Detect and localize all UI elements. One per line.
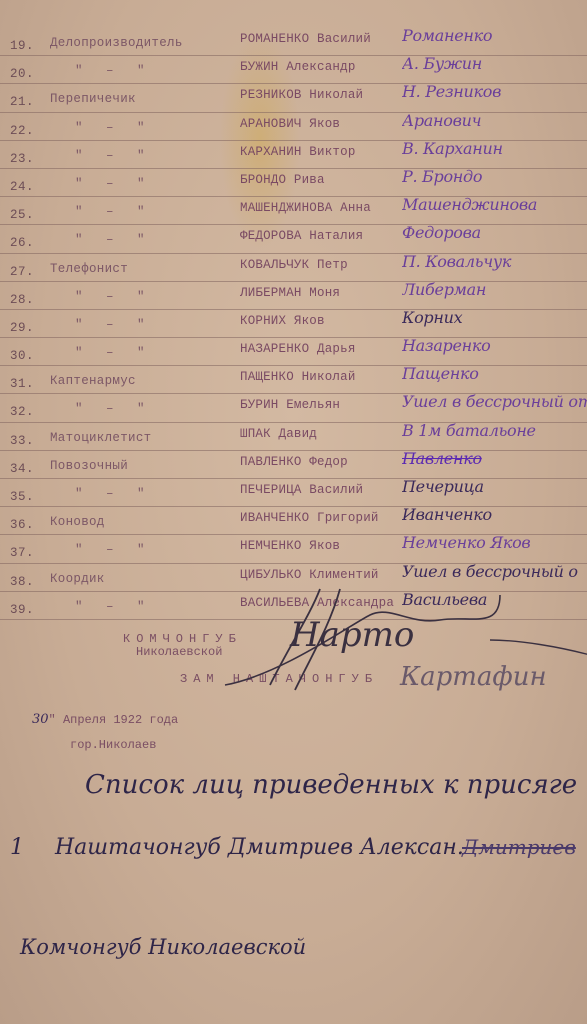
- table-row: 29." – "КОРНИХ ЯковКорних: [0, 310, 587, 338]
- row-signature: Немченко Яков: [402, 533, 587, 552]
- row-role: Матоциклетист: [50, 431, 220, 445]
- row-signature: Павленко: [402, 449, 587, 468]
- handwritten-item-signature: Дмитриев: [462, 835, 576, 859]
- table-row: 21.ПерепичечикРЕЗНИКОВ НиколайН. Резнико…: [0, 84, 587, 112]
- row-number: 37.: [10, 546, 46, 560]
- commander-signature: Нарто: [290, 615, 414, 655]
- row-role: " – ": [75, 121, 245, 135]
- row-signature: Федорова: [402, 223, 587, 242]
- handwritten-item-number: 1: [10, 835, 24, 860]
- row-role: " – ": [75, 149, 245, 163]
- row-name: ПЕЧЕРИЦА Василий: [240, 483, 420, 497]
- row-name: КАРХАНИН Виктор: [240, 145, 420, 159]
- table-row: 30." – "НАЗАРЕНКО ДарьяНазаренко: [0, 338, 587, 366]
- row-role: " – ": [75, 64, 245, 78]
- table-row: 19.ДелопроизводительРОМАНЕНКО ВасилийРом…: [0, 28, 587, 56]
- row-name: МАШЕНДЖИНОВА Анна: [240, 201, 420, 215]
- handwritten-closing: Комчонгуб Николаевской: [20, 935, 306, 959]
- row-role: " – ": [75, 177, 245, 191]
- row-number: 26.: [10, 236, 46, 250]
- row-number: 20.: [10, 67, 46, 81]
- personnel-list: 19.ДелопроизводительРОМАНЕНКО ВасилийРом…: [0, 28, 587, 620]
- row-role: Делопроизводитель: [50, 36, 220, 50]
- row-number: 32.: [10, 405, 46, 419]
- row-number: 39.: [10, 603, 46, 617]
- row-role: Телефонист: [50, 262, 220, 276]
- table-row: 23." – "КАРХАНИН ВикторВ. Карханин: [0, 141, 587, 169]
- table-row: 37." – "НЕМЧЕНКО ЯковНемченко Яков: [0, 535, 587, 563]
- table-row: 36.КоноводИВАНЧЕНКО ГригорийИванченко: [0, 507, 587, 535]
- row-name: БРОНДО Рива: [240, 173, 420, 187]
- city-line: гор.Николаев: [70, 738, 156, 752]
- row-signature: Ушел в бессрочный о: [402, 562, 587, 581]
- row-name: НЕМЧЕНКО Яков: [240, 539, 420, 553]
- deputy-signature: Картафин: [400, 662, 547, 692]
- row-number: 30.: [10, 349, 46, 363]
- row-signature: Корних: [402, 308, 587, 327]
- row-role: Каптенармус: [50, 374, 220, 388]
- table-row: 24." – "БРОНДО РиваР. Брондо: [0, 169, 587, 197]
- row-name: РОМАНЕНКО Василий: [240, 32, 420, 46]
- table-row: 27.ТелефонистКОВАЛЬЧУК ПетрП. Ковальчук: [0, 254, 587, 282]
- row-number: 38.: [10, 575, 46, 589]
- row-name: ПАЩЕНКО Николай: [240, 370, 420, 384]
- table-row: 25." – "МАШЕНДЖИНОВА АннаМашенджинова: [0, 197, 587, 225]
- row-name: КОРНИХ Яков: [240, 314, 420, 328]
- row-name: ШПАК Давид: [240, 427, 420, 441]
- table-row: 35." – "ПЕЧЕРИЦА ВасилийПечерица: [0, 479, 587, 507]
- row-number: 29.: [10, 321, 46, 335]
- row-signature: Романенко: [402, 26, 587, 45]
- row-role: " – ": [75, 233, 245, 247]
- row-number: 36.: [10, 518, 46, 532]
- row-role: Повозочный: [50, 459, 220, 473]
- row-role: " – ": [75, 318, 245, 332]
- row-signature: Либерман: [402, 280, 587, 299]
- row-number: 23.: [10, 152, 46, 166]
- row-number: 19.: [10, 39, 46, 53]
- row-signature: А. Бужин: [402, 54, 587, 73]
- row-role: Коновод: [50, 515, 220, 529]
- date-day: 30: [32, 712, 49, 727]
- row-signature: В 1м батальоне: [402, 421, 587, 440]
- row-signature: Назаренко: [402, 336, 587, 355]
- row-number: 28.: [10, 293, 46, 307]
- row-signature: Пащенко: [402, 364, 587, 383]
- row-name: РЕЗНИКОВ Николай: [240, 88, 420, 102]
- row-role: " – ": [75, 346, 245, 360]
- row-number: 33.: [10, 434, 46, 448]
- row-number: 35.: [10, 490, 46, 504]
- row-signature: В. Карханин: [402, 139, 587, 158]
- row-name: БУЖИН Александр: [240, 60, 420, 74]
- row-role: Перепичечик: [50, 92, 220, 106]
- row-number: 31.: [10, 377, 46, 391]
- row-name: КОВАЛЬЧУК Петр: [240, 258, 420, 272]
- row-signature: Иванченко: [402, 505, 587, 524]
- row-role: Коордик: [50, 572, 220, 586]
- row-name: АРАНОВИЧ Яков: [240, 117, 420, 131]
- table-row: 26." – "ФЕДОРОВА НаталияФедорова: [0, 225, 587, 253]
- table-row: 20." – "БУЖИН АлександрА. Бужин: [0, 56, 587, 84]
- table-row: 32." – "БУРИН ЕмельянУшел в бессрочный о…: [0, 394, 587, 422]
- row-role: " – ": [75, 402, 245, 416]
- row-number: 34.: [10, 462, 46, 476]
- row-signature: Машенджинова: [402, 195, 587, 214]
- row-number: 22.: [10, 124, 46, 138]
- row-role: " – ": [75, 205, 245, 219]
- table-row: 28." – "ЛИБЕРМАН МоняЛиберман: [0, 282, 587, 310]
- table-row: 31.КаптенармусПАЩЕНКО НиколайПащенко: [0, 366, 587, 394]
- row-signature: П. Ковальчук: [402, 252, 587, 271]
- row-signature: Р. Брондо: [402, 167, 587, 186]
- row-role: " – ": [75, 487, 245, 501]
- table-row: 33.МатоциклетистШПАК ДавидВ 1м батальоне: [0, 423, 587, 451]
- row-name: ФЕДОРОВА Наталия: [240, 229, 420, 243]
- row-signature: Н. Резников: [402, 82, 587, 101]
- row-name: ЛИБЕРМАН Моня: [240, 286, 420, 300]
- row-name: БУРИН Емельян: [240, 398, 420, 412]
- date-line: 30" Апреля 1922 года: [32, 712, 178, 727]
- row-number: 21.: [10, 95, 46, 109]
- row-name: ЦИБУЛЬКО Климентий: [240, 568, 420, 582]
- handwritten-heading: Список лиц приведенных к присяге 7: [85, 770, 587, 800]
- row-number: 27.: [10, 265, 46, 279]
- row-signature: Аранович: [402, 111, 587, 130]
- row-name: ИВАНЧЕНКО Григорий: [240, 511, 420, 525]
- row-name: НАЗАРЕНКО Дарья: [240, 342, 420, 356]
- row-number: 24.: [10, 180, 46, 194]
- date-rest: " Апреля 1922 года: [49, 713, 179, 727]
- table-row: 34.ПовозочныйПАВЛЕНКО ФедорПавленко: [0, 451, 587, 479]
- row-role: " – ": [75, 543, 245, 557]
- table-row: 22." – "АРАНОВИЧ ЯковАранович: [0, 113, 587, 141]
- row-signature: Ушел в бессрочный отпуск: [402, 392, 587, 411]
- row-role: " – ": [75, 290, 245, 304]
- row-name: ПАВЛЕНКО Федор: [240, 455, 420, 469]
- row-signature: Печерица: [402, 477, 587, 496]
- handwritten-item-text: Наштачонгуб Дмитриев Алексан.: [55, 835, 464, 860]
- row-number: 25.: [10, 208, 46, 222]
